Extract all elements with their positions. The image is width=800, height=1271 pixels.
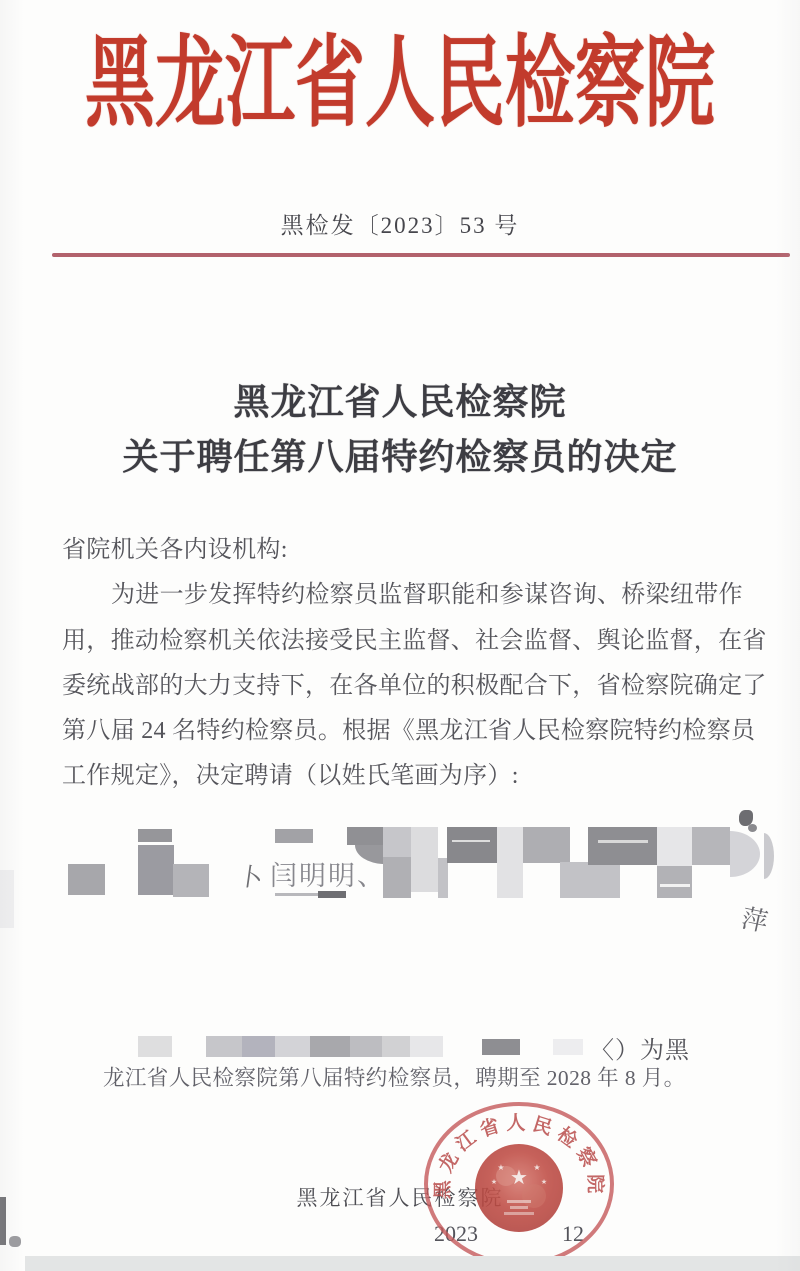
photo-artifact bbox=[739, 810, 753, 826]
redaction-block bbox=[523, 827, 570, 863]
redaction-block bbox=[383, 827, 411, 863]
closing-sentence-fragment: 〈）为黑 bbox=[590, 1030, 690, 1065]
svg-text:★: ★ bbox=[497, 1163, 504, 1172]
svg-text:★: ★ bbox=[491, 1178, 497, 1186]
redaction-block bbox=[438, 858, 448, 898]
photo-artifact bbox=[764, 833, 774, 879]
redaction-block bbox=[588, 827, 657, 865]
redaction-block bbox=[692, 827, 730, 865]
closing-sentence-line: 龙江省人民检察院第八届特约检察员，聘期至 2028 年 8 月。 bbox=[103, 1061, 686, 1092]
body-paragraph: 省院机关各内设机构: 为进一步发挥特约检察员监督职能和参谋咨询、桥梁纽带作 用，… bbox=[62, 528, 760, 800]
redaction-block bbox=[382, 1036, 410, 1057]
official-seal: ★ ★ ★ ★ ★ 黑龙江省人民检察院 bbox=[416, 1096, 622, 1271]
signature-org-name: 黑龙江省人民检察院 bbox=[0, 1182, 800, 1212]
redaction-block bbox=[275, 829, 313, 843]
redaction-block bbox=[447, 827, 497, 863]
photo-artifact bbox=[452, 840, 490, 842]
body-line: 用，推动检察机关依法接受民主监督、社会监督、舆论监督，在省 bbox=[62, 619, 760, 664]
letterhead: 黑龙江省人民检察院 bbox=[0, 36, 800, 166]
redaction-block bbox=[173, 864, 209, 897]
body-line: 工作规定》，决定聘请（以姓氏笔画为序）: bbox=[62, 754, 760, 799]
svg-text:★: ★ bbox=[541, 1178, 547, 1186]
visible-appointee-name: 闫明明、 bbox=[270, 854, 386, 893]
svg-text:★: ★ bbox=[533, 1163, 540, 1172]
photo-artifact bbox=[0, 870, 14, 928]
redaction-block bbox=[553, 1039, 583, 1055]
trailing-name-character: 萍 bbox=[738, 898, 771, 940]
redaction-block bbox=[138, 829, 172, 842]
body-line: 委统战部的大力支持下，在各单位的积极配合下，省检察院确定了 bbox=[62, 664, 760, 709]
redaction-block bbox=[410, 1036, 443, 1057]
seal-national-emblem: ★ ★ ★ ★ ★ bbox=[475, 1144, 563, 1232]
svg-text:★: ★ bbox=[510, 1167, 528, 1189]
letterhead-org-name: 黑龙江省人民检察院 bbox=[85, 36, 715, 135]
body-line: 第八届 24 名特约检察员。根据《黑龙江省人民检察院特约检察员 bbox=[62, 709, 760, 754]
photo-artifact bbox=[25, 1256, 800, 1271]
photo-artifact bbox=[598, 840, 648, 843]
redaction-block bbox=[657, 827, 692, 898]
redaction-block bbox=[350, 1036, 382, 1057]
photo-artifact bbox=[660, 884, 690, 887]
redaction-block bbox=[242, 1036, 275, 1057]
redaction-block bbox=[497, 827, 523, 898]
redaction-block bbox=[347, 827, 384, 845]
red-separator-rule bbox=[52, 253, 790, 257]
redaction-block bbox=[138, 1036, 172, 1057]
document-title-line1: 黑龙江省人民检察院 bbox=[0, 375, 800, 430]
body-line: 为进一步发挥特约检察员监督职能和参谋咨询、桥梁纽带作 bbox=[62, 573, 760, 618]
redaction-block bbox=[138, 845, 174, 895]
scanned-official-document: { "letterhead": { "org_name": "黑龙江省人民检察院… bbox=[0, 0, 800, 1271]
redaction-block bbox=[275, 1036, 310, 1057]
redaction-block bbox=[657, 866, 692, 898]
document-number: 黑检发〔2023〕53 号 bbox=[0, 207, 800, 240]
photo-artifact bbox=[9, 1236, 21, 1247]
redaction-block bbox=[730, 831, 760, 877]
redaction-block bbox=[383, 857, 411, 898]
stray-pen-mark: 卜 bbox=[236, 856, 266, 895]
redaction-block bbox=[275, 893, 320, 896]
redaction-block bbox=[482, 1039, 520, 1055]
redaction-block bbox=[310, 1036, 350, 1057]
document-title: 黑龙江省人民检察院 关于聘任第八届特约检察员的决定 bbox=[0, 375, 800, 485]
salutation-line: 省院机关各内设机构: bbox=[62, 528, 760, 573]
document-title-line2: 关于聘任第八届特约检察员的决定 bbox=[0, 430, 800, 485]
photo-artifact bbox=[748, 824, 757, 832]
redaction-block bbox=[68, 864, 105, 895]
redaction-block bbox=[560, 862, 620, 898]
redaction-block bbox=[206, 1036, 242, 1057]
redaction-block bbox=[411, 827, 438, 892]
